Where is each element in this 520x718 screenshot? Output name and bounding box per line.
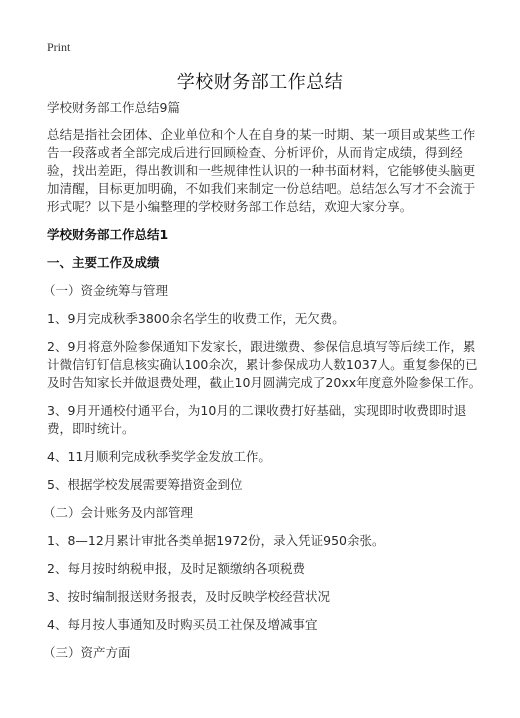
- document-subtitle: 学校财务部工作总结9篇: [47, 99, 487, 117]
- list-item: 2、9月将意外险参保通知下发家长，跟进缴费、参保信息填写等后续工作，累计微信钉钉…: [47, 338, 487, 392]
- list-item: 3、按时编制报送财务报表，及时反映学校经营状况: [47, 588, 487, 606]
- document-page: Print 学校财务部工作总结 学校财务部工作总结9篇 总结是指社会团体、企业单…: [0, 0, 520, 718]
- list-item: 2、每月按时纳税申报，及时足额缴纳各项税费: [47, 560, 487, 578]
- list-item: 4、11月顺利完成秋季奖学金发放工作。: [47, 448, 487, 466]
- list-item: 5、根据学校发展需要筹措资金到位: [47, 476, 487, 494]
- print-link[interactable]: Print: [47, 40, 70, 55]
- subsection-assets: （三）资产方面: [47, 644, 487, 662]
- document-body: 学校财务部工作总结9篇 总结是指社会团体、企业单位和个人在自身的某一时期、某一项…: [47, 99, 487, 672]
- intro-paragraph: 总结是指社会团体、企业单位和个人在自身的某一时期、某一项目或某些工作告一段落或者…: [47, 126, 487, 216]
- article-heading: 学校财务部工作总结1: [47, 226, 487, 244]
- list-item: 4、每月按人事通知及时购买员工社保及增减事宜: [47, 616, 487, 634]
- subsection-funds: （一）资金统筹与管理 1、9月完成秋季3800余名学生的收费工作，无欠费。 2、…: [47, 282, 487, 494]
- list-item: 1、8—12月累计审批各类单据1972份，录入凭证950余张。: [47, 532, 487, 550]
- document-title: 学校财务部工作总结: [0, 68, 520, 94]
- list-item: 1、9月完成秋季3800余名学生的收费工作，无欠费。: [47, 310, 487, 328]
- subsection-heading: （三）资产方面: [43, 644, 487, 662]
- subsection-accounting: （二）会计账务及内部管理 1、8—12月累计审批各类单据1972份，录入凭证95…: [47, 504, 487, 634]
- subsection-heading: （二）会计账务及内部管理: [43, 504, 487, 522]
- subsection-heading: （一）资金统筹与管理: [43, 282, 487, 300]
- section-heading: 一、主要工作及成绩: [47, 254, 487, 272]
- list-item: 3、9月开通校付通平台，为10月的二课收费打好基础，实现即时收费即时退费，即时统…: [47, 402, 487, 438]
